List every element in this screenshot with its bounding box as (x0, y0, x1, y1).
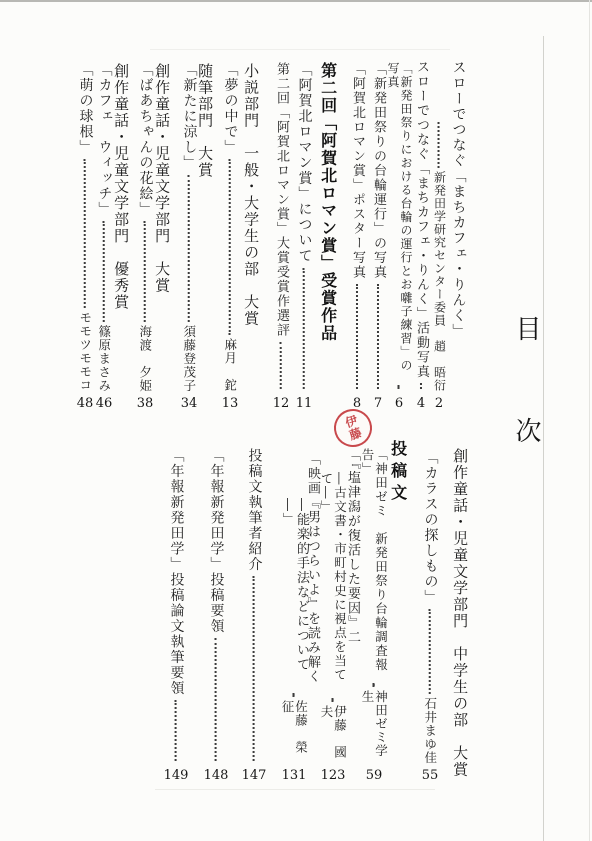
entry-title: 「萌の球根」 (77, 62, 92, 155)
entry-title: 第二回「阿賀北ロマン賞」受賞作品 (319, 62, 336, 342)
dot-leader (332, 698, 334, 702)
dot-leader (373, 683, 375, 687)
dot-leader (356, 284, 358, 390)
toc-entry: ―古文書・市町村史に視点を当てて―」伊藤 國夫123 (321, 472, 346, 782)
author-name: 伊藤 國夫 (320, 705, 347, 764)
toc-page: 目次 スローでつなぐ「まちカフェ・りんく」新発田学研究センター委員 趙 晤衍2ス… (0, 0, 592, 841)
page-number: 13 (222, 397, 239, 410)
page-number: 4 (417, 397, 425, 410)
section-heading: 創作童話・児童文学部門 中学生の部 大賞 (452, 448, 468, 778)
entry-title: 「新たに涼し」 (181, 62, 196, 171)
author-name: 佐藤 榮征 (281, 700, 308, 764)
toc-entry: 「新発田祭りの台輪運行」の写真7 (371, 62, 385, 410)
page-number: 48 (77, 397, 94, 410)
entry-title: スローでつなぐ「まちカフェ・りんく」 (450, 60, 465, 339)
entry-title: 創作童話・児童文学部門 優秀賞 (113, 63, 129, 311)
toc-entry: 第二回「阿賀北ロマン賞」大賞受賞作選評12 (273, 62, 290, 410)
entry-title: 投稿文 (389, 440, 406, 506)
entry-title: スローでつなぐ「まちカフェ・りんく」活動写真 (414, 60, 428, 379)
dot-leader (377, 284, 379, 390)
author-name: 新発田学研究センター委員 趙 晤衍 (433, 171, 446, 392)
entry-title: 「神田ゼミ 新発田祭り台輪調査報告」 (361, 448, 388, 679)
ito-name-stamp: 伊藤 (329, 404, 377, 452)
page-number: 34 (181, 397, 198, 410)
page-number: 6 (395, 397, 403, 410)
scan-smudge (150, 49, 450, 50)
toc-entry: スローでつなぐ「まちカフェ・りんく」活動写真4 (414, 60, 428, 410)
page-number: 11 (296, 397, 313, 410)
page-number: 7 (374, 397, 382, 410)
toc-entry: 「カラスの探しもの」石井まゆ佳55 (422, 450, 439, 782)
entry-title: 随筆部門 大賞 (197, 63, 213, 179)
section-heading: 創作童話・児童文学部門 優秀賞 (113, 63, 129, 311)
entry-title: 「阿賀北ロマン賞」ポスター写真 (350, 62, 364, 280)
section-heading: 創作童話・児童文学部門 大賞 (154, 63, 170, 294)
entry-title: ―古文書・市町村史に視点を当てて―」 (320, 472, 347, 694)
toc-entry: 「年報新発田学」投稿要領148 (204, 448, 229, 782)
entry-title: 「ばあちゃんの花絵」 (137, 62, 152, 217)
entry-title: 「年報新発田学」投稿論文執筆要領 (168, 448, 183, 696)
page-number: 59 (366, 769, 383, 782)
dot-leader (84, 159, 86, 308)
author-name: 麻月 鉈 (223, 338, 237, 392)
dot-leader (293, 693, 295, 697)
dot-leader (188, 175, 190, 322)
author-name: 神田ゼミ学生 (361, 690, 388, 764)
entry-title: 「阿賀北ロマン賞」について (296, 62, 311, 264)
toc-entry: 「新たに涼し」須藤登茂子34 (181, 62, 198, 410)
entry-title: 「新発田祭りにおける台輪の運行とお囃子練習」の写真 (386, 62, 412, 381)
toc-entry: 「新発田祭りにおける台輪の運行とお囃子練習」の写真6 (393, 62, 406, 410)
author-name: モモツモモコ (78, 311, 92, 392)
entry-title: 第二回「阿賀北ロマン賞」大賞受賞作選評 (274, 62, 288, 338)
section-heading-bold: 第二回「阿賀北ロマン賞」受賞作品 (319, 62, 336, 342)
dot-leader (144, 221, 146, 322)
dot-leader (280, 342, 282, 390)
toc-entry: 新発田学研究センター委員 趙 晤衍2 (433, 118, 446, 410)
dot-leader (229, 159, 231, 335)
toc-entry: 「阿賀北ロマン賞」ポスター写真8 (350, 62, 364, 410)
entry-title: ―能楽的手法などについて―」 (280, 498, 308, 689)
toc-entry: 「阿賀北ロマン賞」について11 (296, 62, 313, 410)
entry-title: 創作童話・児童文学部門 大賞 (154, 63, 170, 294)
dot-leader (175, 700, 177, 761)
entry-title: 「年報新発田学」投稿要領 (208, 448, 223, 634)
page-number: 131 (282, 769, 307, 782)
dot-leader (438, 122, 440, 168)
page-number: 123 (321, 769, 346, 782)
scan-edge-right (589, 0, 590, 841)
page-number: 149 (164, 769, 189, 782)
page-title: 目次 (508, 315, 545, 519)
author-name: 篠原まさみ (97, 325, 111, 393)
section-heading-bold: 投稿文 (389, 440, 406, 506)
dot-leader (253, 576, 255, 761)
toc-entry: 「萌の球根」モモツモモコ48 (77, 62, 94, 410)
entry-title: 投稿文執筆者紹介 (246, 448, 261, 572)
entry-title: 「カフェ ウィッチ」 (96, 62, 111, 217)
entry-title: 「カラスの探しもの」 (422, 450, 437, 605)
dot-leader (103, 221, 105, 322)
entry-title: 「新発田祭りの台輪運行」の写真 (371, 62, 385, 280)
page-number: 12 (273, 397, 290, 410)
page-number: 2 (435, 397, 443, 410)
entry-title: 小説部門 一般・大学生の部 大賞 (243, 63, 259, 327)
toc-entry: ―能楽的手法などについて―」佐藤 榮征131 (282, 498, 307, 782)
toc-entry: 「年報新発田学」投稿論文執筆要領149 (164, 448, 189, 782)
dot-leader (420, 383, 422, 389)
entry-title: 創作童話・児童文学部門 中学生の部 大賞 (452, 448, 468, 778)
page-number: 38 (137, 397, 154, 410)
scan-edge-top (0, 0, 592, 2)
toc-entry: 「カフェ ウィッチ」篠原まさみ46 (96, 62, 113, 410)
dot-leader (215, 638, 217, 761)
scan-smudge (155, 789, 435, 790)
section-heading: 小説部門 一般・大学生の部 大賞 (243, 63, 259, 327)
author-name: 石井まゆ佳 (423, 697, 437, 765)
page-number: 147 (242, 769, 267, 782)
toc-entry: 「神田ゼミ 新発田祭り台輪調査報告」神田ゼミ学生59 (366, 448, 383, 782)
page-number: 46 (96, 397, 113, 410)
section-heading: 随筆部門 大賞 (197, 63, 213, 179)
dot-leader (429, 609, 431, 694)
entry-title: 「夢の中で」 (222, 62, 237, 155)
page-number: 148 (204, 769, 229, 782)
author-name: 須藤登茂子 (182, 325, 196, 393)
toc-entry: 「ばあちゃんの花絵」海渡 夕姫38 (137, 62, 154, 410)
toc-entry: 投稿文執筆者紹介147 (242, 448, 267, 782)
dot-leader (398, 385, 400, 389)
stamp-text: 伊藤 (343, 414, 362, 442)
dot-leader (303, 268, 305, 390)
toc-entry-title-line: スローでつなぐ「まちカフェ・りんく」 (450, 60, 465, 339)
toc-entry: 「夢の中で」麻月 鉈13 (222, 62, 239, 410)
author-name: 海渡 夕姫 (138, 325, 152, 393)
page-number: 55 (422, 769, 439, 782)
